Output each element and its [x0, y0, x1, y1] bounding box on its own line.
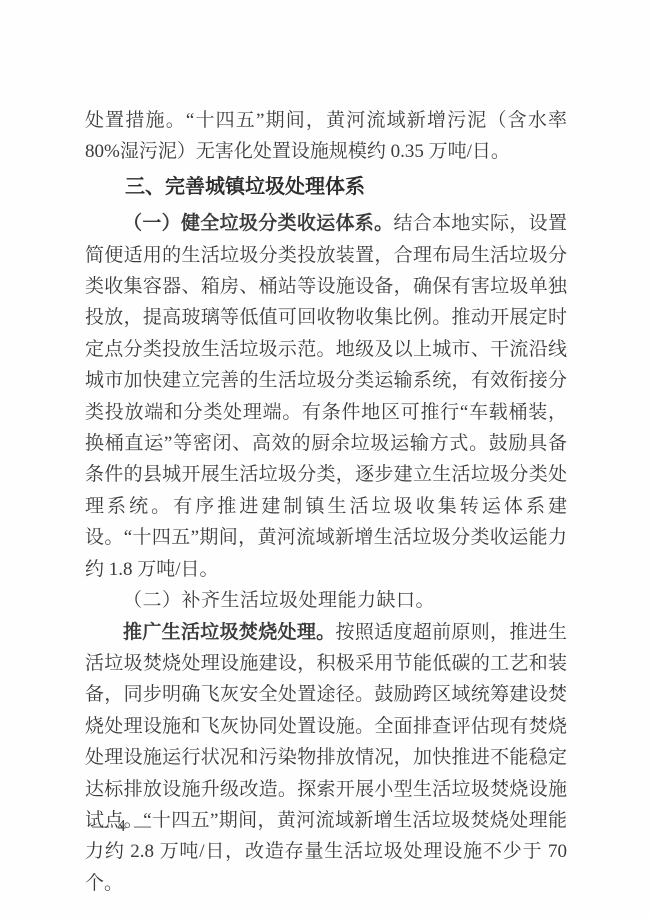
paragraph-waste-sorting-text: 结合本地实际，设置简便适用的生活垃圾分类投放装置，合理布局生活垃圾分类收集容器、… — [85, 213, 567, 579]
subheading-item-2: （二）补齐生活垃圾处理能力缺口。 — [123, 590, 435, 611]
subheading-item-2-line: （二）补齐生活垃圾处理能力缺口。 — [85, 585, 567, 616]
page-number: — 4 — — [92, 813, 153, 839]
subheading-item-1: （一）健全垃圾分类收运体系。 — [123, 213, 393, 234]
document-body: 处置措施。“十四五”期间，黄河流域新增污泥（含水率 80%湿污泥）无害化处置设施… — [85, 105, 567, 899]
section-heading: 三、完善城镇垃圾处理体系 — [85, 172, 567, 203]
paragraph-incineration-lead: 推广生活垃圾焚烧处理。 — [123, 622, 336, 643]
paragraph-incineration: 推广生活垃圾焚烧处理。按照适度超前原则，推进生活垃圾焚烧处理设施建设，积极采用节… — [85, 617, 567, 900]
paragraph-sludge-continuation: 处置措施。“十四五”期间，黄河流域新增污泥（含水率 80%湿污泥）无害化处置设施… — [85, 105, 567, 168]
document-page: 处置措施。“十四五”期间，黄河流域新增污泥（含水率 80%湿污泥）无害化处置设施… — [0, 0, 650, 919]
paragraph-waste-sorting-system: （一）健全垃圾分类收运体系。结合本地实际，设置简便适用的生活垃圾分类投放装置，合… — [85, 208, 567, 585]
paragraph-incineration-text: 按照适度超前原则，推进生活垃圾焚烧处理设施建设，积极采用节能低碳的工艺和装备，同… — [85, 622, 567, 894]
